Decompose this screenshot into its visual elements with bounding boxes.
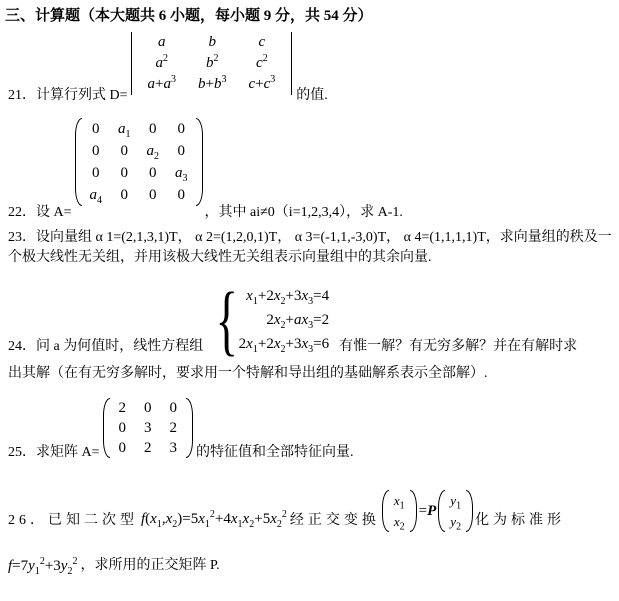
problem-26-line2-suffix: ，求所用的正交矩阵 P.	[80, 556, 219, 575]
left-brace-icon: {	[216, 285, 238, 355]
problem-21-suffix: 的值.	[296, 86, 328, 105]
matrix-cell: 2	[110, 398, 136, 418]
problem-24: 24．问 a 为何值时，线性方程组 { x1+2x2+3x3=42x2+ax3=…	[8, 284, 577, 356]
determinant-21-body: abca2b2c2a+a3b+b3c+c3	[137, 32, 287, 95]
matrix-cell: 0	[161, 398, 187, 418]
left-paren-icon	[103, 398, 110, 458]
equation-system-24: { x1+2x2+3x3=42x2+ax3=22x1+2x2+3x3=6	[208, 284, 329, 356]
matrix-cell: 3	[161, 438, 187, 458]
matrix-cell: 3	[135, 418, 161, 438]
right-paren-icon	[186, 398, 193, 458]
matrix-cell: 0	[139, 162, 168, 184]
determinant-21: abca2b2c2a+a3b+b3c+c3	[131, 32, 293, 95]
matrix-cell: 0	[110, 140, 139, 162]
equals-p: =P	[419, 503, 437, 520]
matrix-cell: 0	[139, 118, 168, 140]
matrix-22: 0a10000a20000a3a4000	[75, 118, 203, 206]
problem-22-suffix: ，其中 ai≠0（i=1,2,3,4），求 A-1.	[205, 203, 403, 222]
right-paren-icon	[410, 490, 417, 532]
matrix-cell: a4	[82, 184, 111, 206]
matrix-row: 200	[110, 398, 187, 418]
matrix-cell: y1	[445, 490, 466, 511]
matrix-cell: 0	[82, 140, 111, 162]
equation-list: x1+2x2+3x3=42x2+ax3=22x1+2x2+3x3=6	[239, 284, 329, 356]
matrix-row: 000a3	[82, 162, 196, 184]
matrix-cell: x2	[389, 511, 410, 532]
y-vector: y1y2	[438, 490, 473, 532]
matrix-cell: 0	[139, 184, 168, 206]
matrix-cell: 0	[167, 140, 196, 162]
matrix-cell: c2	[237, 53, 286, 74]
matrix-cell: c	[237, 32, 286, 53]
problem-21: 21．计算行列式 D= abca2b2c2a+a3b+b3c+c3 的值.	[8, 32, 328, 105]
section-title: 三、计算题（本大题共 6 小题，每小题 9 分，共 54 分）	[5, 4, 373, 25]
right-paren-icon	[196, 118, 203, 206]
matrix-row: x1	[389, 490, 410, 511]
matrix-25-body: 200032023	[110, 398, 187, 458]
matrix-cell: 0	[110, 438, 136, 458]
matrix-cell: 0	[135, 398, 161, 418]
exam-page: { "colors": { "background": "#ffffff", "…	[0, 0, 619, 601]
left-paren-icon	[438, 490, 445, 532]
equation: 2x1+2x2+3x3=6	[239, 332, 329, 356]
standard-form: f=7y12+3y22	[8, 558, 77, 575]
problem-26-mid: 经正交变换	[290, 511, 380, 530]
problem-24-line2: 出其解（在有无穷多解时，要求用一个特解和导出组的基础解系表示全部解）.	[8, 364, 488, 384]
matrix-row: abc	[137, 32, 287, 53]
problem-22: 22．设 A= 0a10000a20000a3a4000 ，其中 ai≠0（i=…	[8, 118, 403, 222]
matrix-row: 00a20	[82, 140, 196, 162]
matrix-row: y2	[445, 511, 466, 532]
matrix-cell: b2	[187, 53, 237, 74]
problem-26-line2: f=7y12+3y22 ，求所用的正交矩阵 P.	[8, 556, 220, 575]
determinant-right-bar-icon	[286, 32, 292, 95]
problem-21-prefix: 21．计算行列式 D=	[8, 86, 128, 105]
matrix-cell: 2	[135, 438, 161, 458]
matrix-cell: a2	[139, 140, 168, 162]
right-paren-icon	[466, 490, 473, 532]
matrix-row: 023	[110, 438, 187, 458]
matrix-cell: 0	[167, 184, 196, 206]
y-vector-body: y1y2	[445, 490, 466, 532]
problem-25: 25．求矩阵 A= 200032023 的特征值和全部特征向量.	[8, 398, 354, 462]
left-paren-icon	[75, 118, 82, 206]
matrix-row: y1	[445, 490, 466, 511]
matrix-cell: 0	[110, 184, 139, 206]
matrix-cell: b+b3	[187, 74, 237, 95]
problem-23: 23．设向量组 α 1=(2,1,3,1)T， α 2=(1,2,0,1)T， …	[8, 228, 614, 268]
orthogonal-transform-equation: x1x2 =P y1y2	[382, 490, 473, 532]
matrix-cell: c+c3	[237, 74, 286, 95]
problem-24-suffix: 有惟一解？有无穷多解？并在有解时求	[339, 337, 577, 356]
matrix-cell: 0	[167, 118, 196, 140]
quadratic-form: f(x1,x2)=5x12+4x1x2+5x22	[141, 511, 287, 528]
problem-25-prefix: 25．求矩阵 A=	[8, 443, 100, 462]
matrix-row: a2b2c2	[137, 53, 287, 74]
matrix-row: a+a3b+b3c+c3	[137, 74, 287, 95]
matrix-25: 200032023	[103, 398, 194, 458]
x-vector-body: x1x2	[389, 490, 410, 532]
matrix-cell: a1	[110, 118, 139, 140]
equation: x1+2x2+3x3=4	[239, 284, 329, 308]
matrix-cell: a3	[167, 162, 196, 184]
matrix-row: x2	[389, 511, 410, 532]
matrix-row: a4000	[82, 184, 196, 206]
matrix-cell: a+a3	[137, 74, 187, 95]
problem-26-suffix: 化为标准形	[475, 511, 565, 530]
matrix-cell: x1	[389, 490, 410, 511]
x-vector: x1x2	[382, 490, 417, 532]
matrix-cell: 0	[110, 162, 139, 184]
matrix-cell: 0	[82, 118, 111, 140]
problem-22-prefix: 22．设 A=	[8, 203, 72, 222]
problem-25-suffix: 的特征值和全部特征向量.	[196, 443, 354, 462]
left-paren-icon	[382, 490, 389, 532]
equation: 2x2+ax3=2	[239, 308, 329, 332]
matrix-row: 032	[110, 418, 187, 438]
matrix-row: 0a100	[82, 118, 196, 140]
matrix-cell: a2	[137, 53, 187, 74]
matrix-cell: 0	[110, 418, 136, 438]
problem-26-prefix: 26．已知二次型	[8, 511, 138, 530]
problem-26: 26．已知二次型 f(x1,x2)=5x12+4x1x2+5x22 经正交变换 …	[8, 490, 565, 532]
problem-24-prefix: 24．问 a 为何值时，线性方程组	[8, 337, 203, 356]
matrix-22-body: 0a10000a20000a3a4000	[82, 118, 196, 206]
matrix-cell: a	[137, 32, 187, 53]
matrix-cell: y2	[445, 511, 466, 532]
matrix-cell: b	[187, 32, 237, 53]
matrix-cell: 2	[161, 418, 187, 438]
matrix-cell: 0	[82, 162, 111, 184]
